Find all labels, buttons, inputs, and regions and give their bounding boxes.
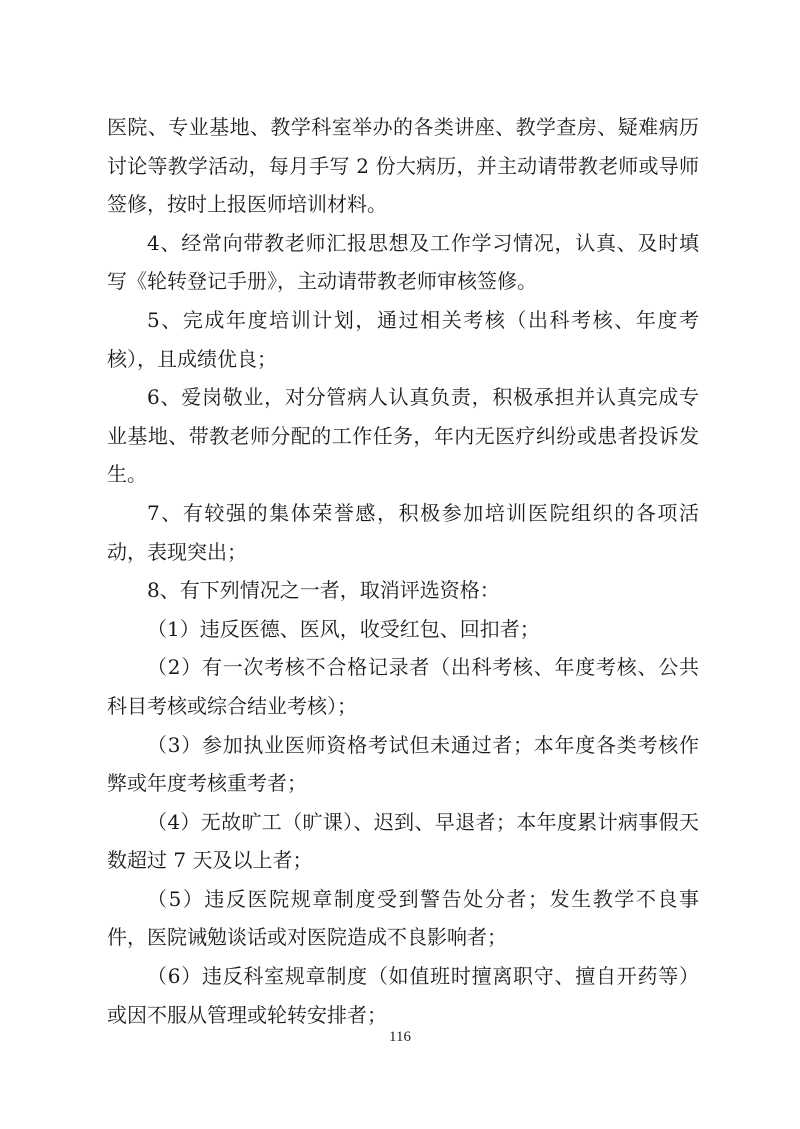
paragraph-item-8: 8、有下列情况之一者，取消评选资格： <box>107 571 699 610</box>
paragraph-item-5: 5、完成年度培训计划，通过相关考核（出科考核、年度考核），且成绩优良； <box>107 301 699 378</box>
page-number: 116 <box>0 1029 800 1046</box>
sub-item-5: （5）违反医院规章制度受到警告处分者；发生教学不良事件，医院诫勉谈话或对医院造成… <box>107 880 699 957</box>
sub-item-6: （6）违反科室规章制度（如值班时擅离职守、擅自开药等）或因不服从管理或轮转安排者… <box>107 957 699 1034</box>
sub-item-4: （4）无故旷工（旷课）、迟到、早退者；本年度累计病事假天数超过 7 天及以上者； <box>107 803 699 880</box>
sub-item-2: （2）有一次考核不合格记录者（出科考核、年度考核、公共科目考核或综合结业考核）； <box>107 648 699 725</box>
document-body: 医院、专业基地、教学科室举办的各类讲座、教学查房、疑难病历讨论等教学活动，每月手… <box>107 108 699 1034</box>
paragraph-item-7: 7、有较强的集体荣誉感，积极参加培训医院组织的各项活动，表现突出； <box>107 494 699 571</box>
paragraph-continuation: 医院、专业基地、教学科室举办的各类讲座、教学查房、疑难病历讨论等教学活动，每月手… <box>107 108 699 224</box>
sub-item-1: （1）违反医德、医风，收受红包、回扣者； <box>107 610 699 649</box>
sub-item-3: （3）参加执业医师资格考试但未通过者；本年度各类考核作弊或年度考核重考者； <box>107 726 699 803</box>
paragraph-item-6: 6、爱岗敬业，对分管病人认真负责，积极承担并认真完成专业基地、带教老师分配的工作… <box>107 378 699 494</box>
paragraph-item-4: 4、经常向带教老师汇报思想及工作学习情况，认真、及时填写《轮转登记手册》，主动请… <box>107 224 699 301</box>
